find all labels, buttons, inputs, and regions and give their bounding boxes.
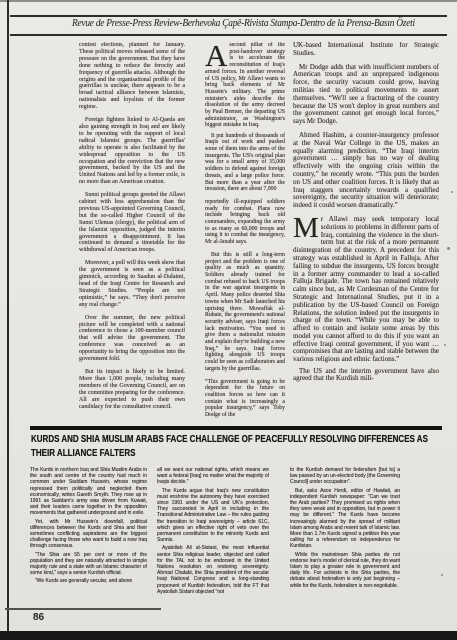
paragraph: “We Kurds are generally secular, and abo… [30,578,147,584]
paragraph: “The Shia are 55 per cent or more of the… [30,552,147,577]
section-headline: KURDS AND SHIA MUSLIM ARABS FACE CHALLEN… [31,433,435,460]
paragraph: all we want our national rights, which m… [157,467,269,486]
paragraph: to the Kurdish demand for federalism [bu… [290,467,400,486]
bottom-column-2: all we want our national rights, which m… [157,467,269,603]
bottom-column-1: The Kurds in northern Iraq and Shia Musl… [30,467,147,603]
paragraph: Yet, with Mr Hussein's downfall, politic… [30,519,147,550]
paragraph: The Kurds argue that Iraq's new constitu… [157,488,269,544]
scan-edge-top [0,0,457,2]
paragraph: The Kurds in northern Iraq and Shia Musl… [30,467,147,517]
dropcap-a: A [205,42,229,68]
paragraph: But this is still a long-term project an… [205,252,285,373]
article-column-1: contest elections, planned for January. … [79,42,185,426]
paragraph: Ayatollah Ali al-Sistani, the most influ… [157,545,269,595]
paragraph: Sunni political groups greeted the Allaw… [79,192,185,254]
lead-paragraph: Mr Allawi may seek temporary local solut… [293,216,439,364]
scan-speck [451,191,453,193]
bottom-column-3: to the Kurdish demand for federalism [bu… [290,467,400,603]
paragraph: UK-based International Institute for Str… [293,42,439,58]
paragraph: The US and the interim government have a… [293,368,439,384]
headline-rule [30,426,442,430]
header-rule-bottom [10,34,447,36]
paragraph: reportedly ill-equipped soldiers ready f… [205,199,285,246]
lead-paragraph: Asecond pillar of the post-handover stra… [205,42,285,129]
scan-edge-bottom [0,631,457,640]
paragraph: It put hundreds of thousands of Iraqis o… [205,133,285,193]
scan-speck [441,574,443,576]
paragraph: Foreign fighters linked to Al-Qaeda are … [79,117,185,186]
scan-edge-left [7,0,9,632]
dropcap-m: M [293,216,321,240]
scanned-press-review-page: Revue de Presse-Press Review-Berhevoka Ç… [0,0,457,640]
article-column-3: UK-based International Institute for Str… [293,42,439,426]
paragraph: Ahmed Hashim, a counter-insurgency profe… [293,132,439,210]
page-header-title: Revue de Presse-Press Review-Berhevoka Ç… [72,18,415,29]
paragraph: Mr Dodge adds that with insufficient num… [293,64,439,126]
paragraph: contest elections, planned for January. … [79,42,185,111]
scan-speck [447,247,450,250]
header-rule-top [10,15,447,17]
paragraph: Over the summer, the new political pictu… [79,315,185,363]
paragraph: Moreover, a poll will this week show tha… [79,260,185,308]
footer-rule [5,608,161,610]
paragraph: “This government is going to be dependen… [205,379,285,419]
paragraph: But, asks Asos Herdi, editor of Hawlati,… [290,488,400,550]
paragraph: While the mainstream Shia parties do not… [290,552,400,589]
page-number: 86 [33,612,44,623]
paragraph: But its impact is likely to be limited. … [79,369,185,410]
scan-speck [444,344,446,346]
article-column-2: Asecond pillar of the post-handover stra… [205,42,285,426]
